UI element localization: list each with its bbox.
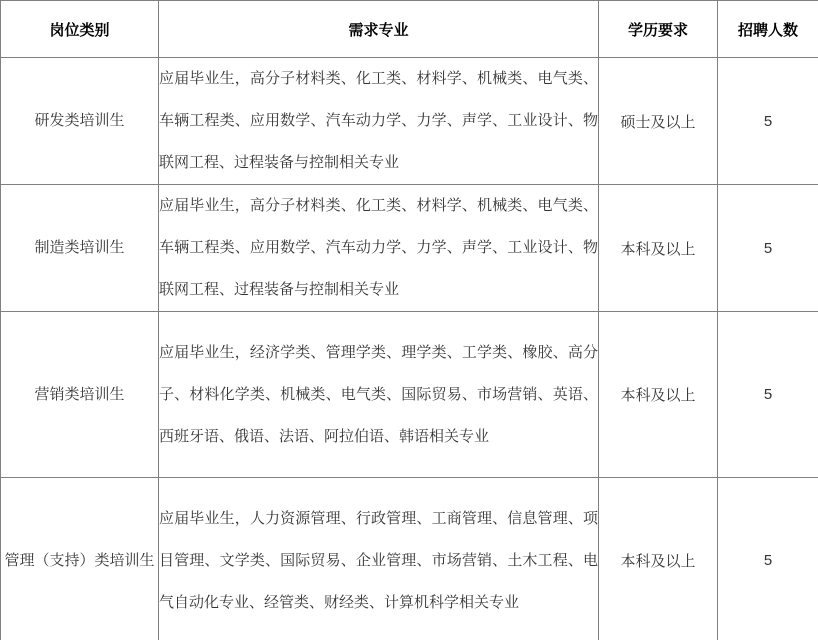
cell-majors: 应届毕业生，高分子材料类、化工类、材料学、机械类、电气类、车辆工程类、应用数学、… — [159, 185, 599, 312]
cell-headcount: 5 — [718, 312, 818, 478]
cell-education: 硕士及以上 — [599, 58, 718, 185]
header-row: 岗位类别 需求专业 学历要求 招聘人数 — [1, 1, 818, 58]
header-cell-majors: 需求专业 — [159, 1, 599, 58]
cell-category: 营销类培训生 — [1, 312, 159, 478]
header-cell-education: 学历要求 — [599, 1, 718, 58]
cell-category: 管理（支持）类培训生 — [1, 478, 159, 640]
cell-category: 研发类培训生 — [1, 58, 159, 185]
cell-headcount: 5 — [718, 185, 818, 312]
cell-majors: 应届毕业生，人力资源管理、行政管理、工商管理、信息管理、项目管理、文学类、国际贸… — [159, 478, 599, 640]
cell-education: 本科及以上 — [599, 478, 718, 640]
header-cell-category: 岗位类别 — [1, 1, 159, 58]
cell-headcount: 5 — [718, 58, 818, 185]
cell-education: 本科及以上 — [599, 185, 718, 312]
table-row-rd-trainee: 研发类培训生 应届毕业生，高分子材料类、化工类、材料学、机械类、电气类、车辆工程… — [1, 58, 818, 185]
cell-headcount: 5 — [718, 478, 818, 640]
table-row-management-trainee: 管理（支持）类培训生 应届毕业生，人力资源管理、行政管理、工商管理、信息管理、项… — [1, 478, 818, 640]
cell-category: 制造类培训生 — [1, 185, 159, 312]
recruitment-table: 岗位类别 需求专业 学历要求 招聘人数 研发类培训生 应届毕业生，高分子材料类、… — [0, 0, 818, 640]
cell-education: 本科及以上 — [599, 312, 718, 478]
cell-majors: 应届毕业生，高分子材料类、化工类、材料学、机械类、电气类、车辆工程类、应用数学、… — [159, 58, 599, 185]
cell-majors: 应届毕业生，经济学类、管理学类、理学类、工学类、橡胶、高分子、材料化学类、机械类… — [159, 312, 599, 478]
table-row-manufacturing-trainee: 制造类培训生 应届毕业生，高分子材料类、化工类、材料学、机械类、电气类、车辆工程… — [1, 185, 818, 312]
header-cell-headcount: 招聘人数 — [718, 1, 818, 58]
table-row-marketing-trainee: 营销类培训生 应届毕业生，经济学类、管理学类、理学类、工学类、橡胶、高分子、材料… — [1, 312, 818, 478]
